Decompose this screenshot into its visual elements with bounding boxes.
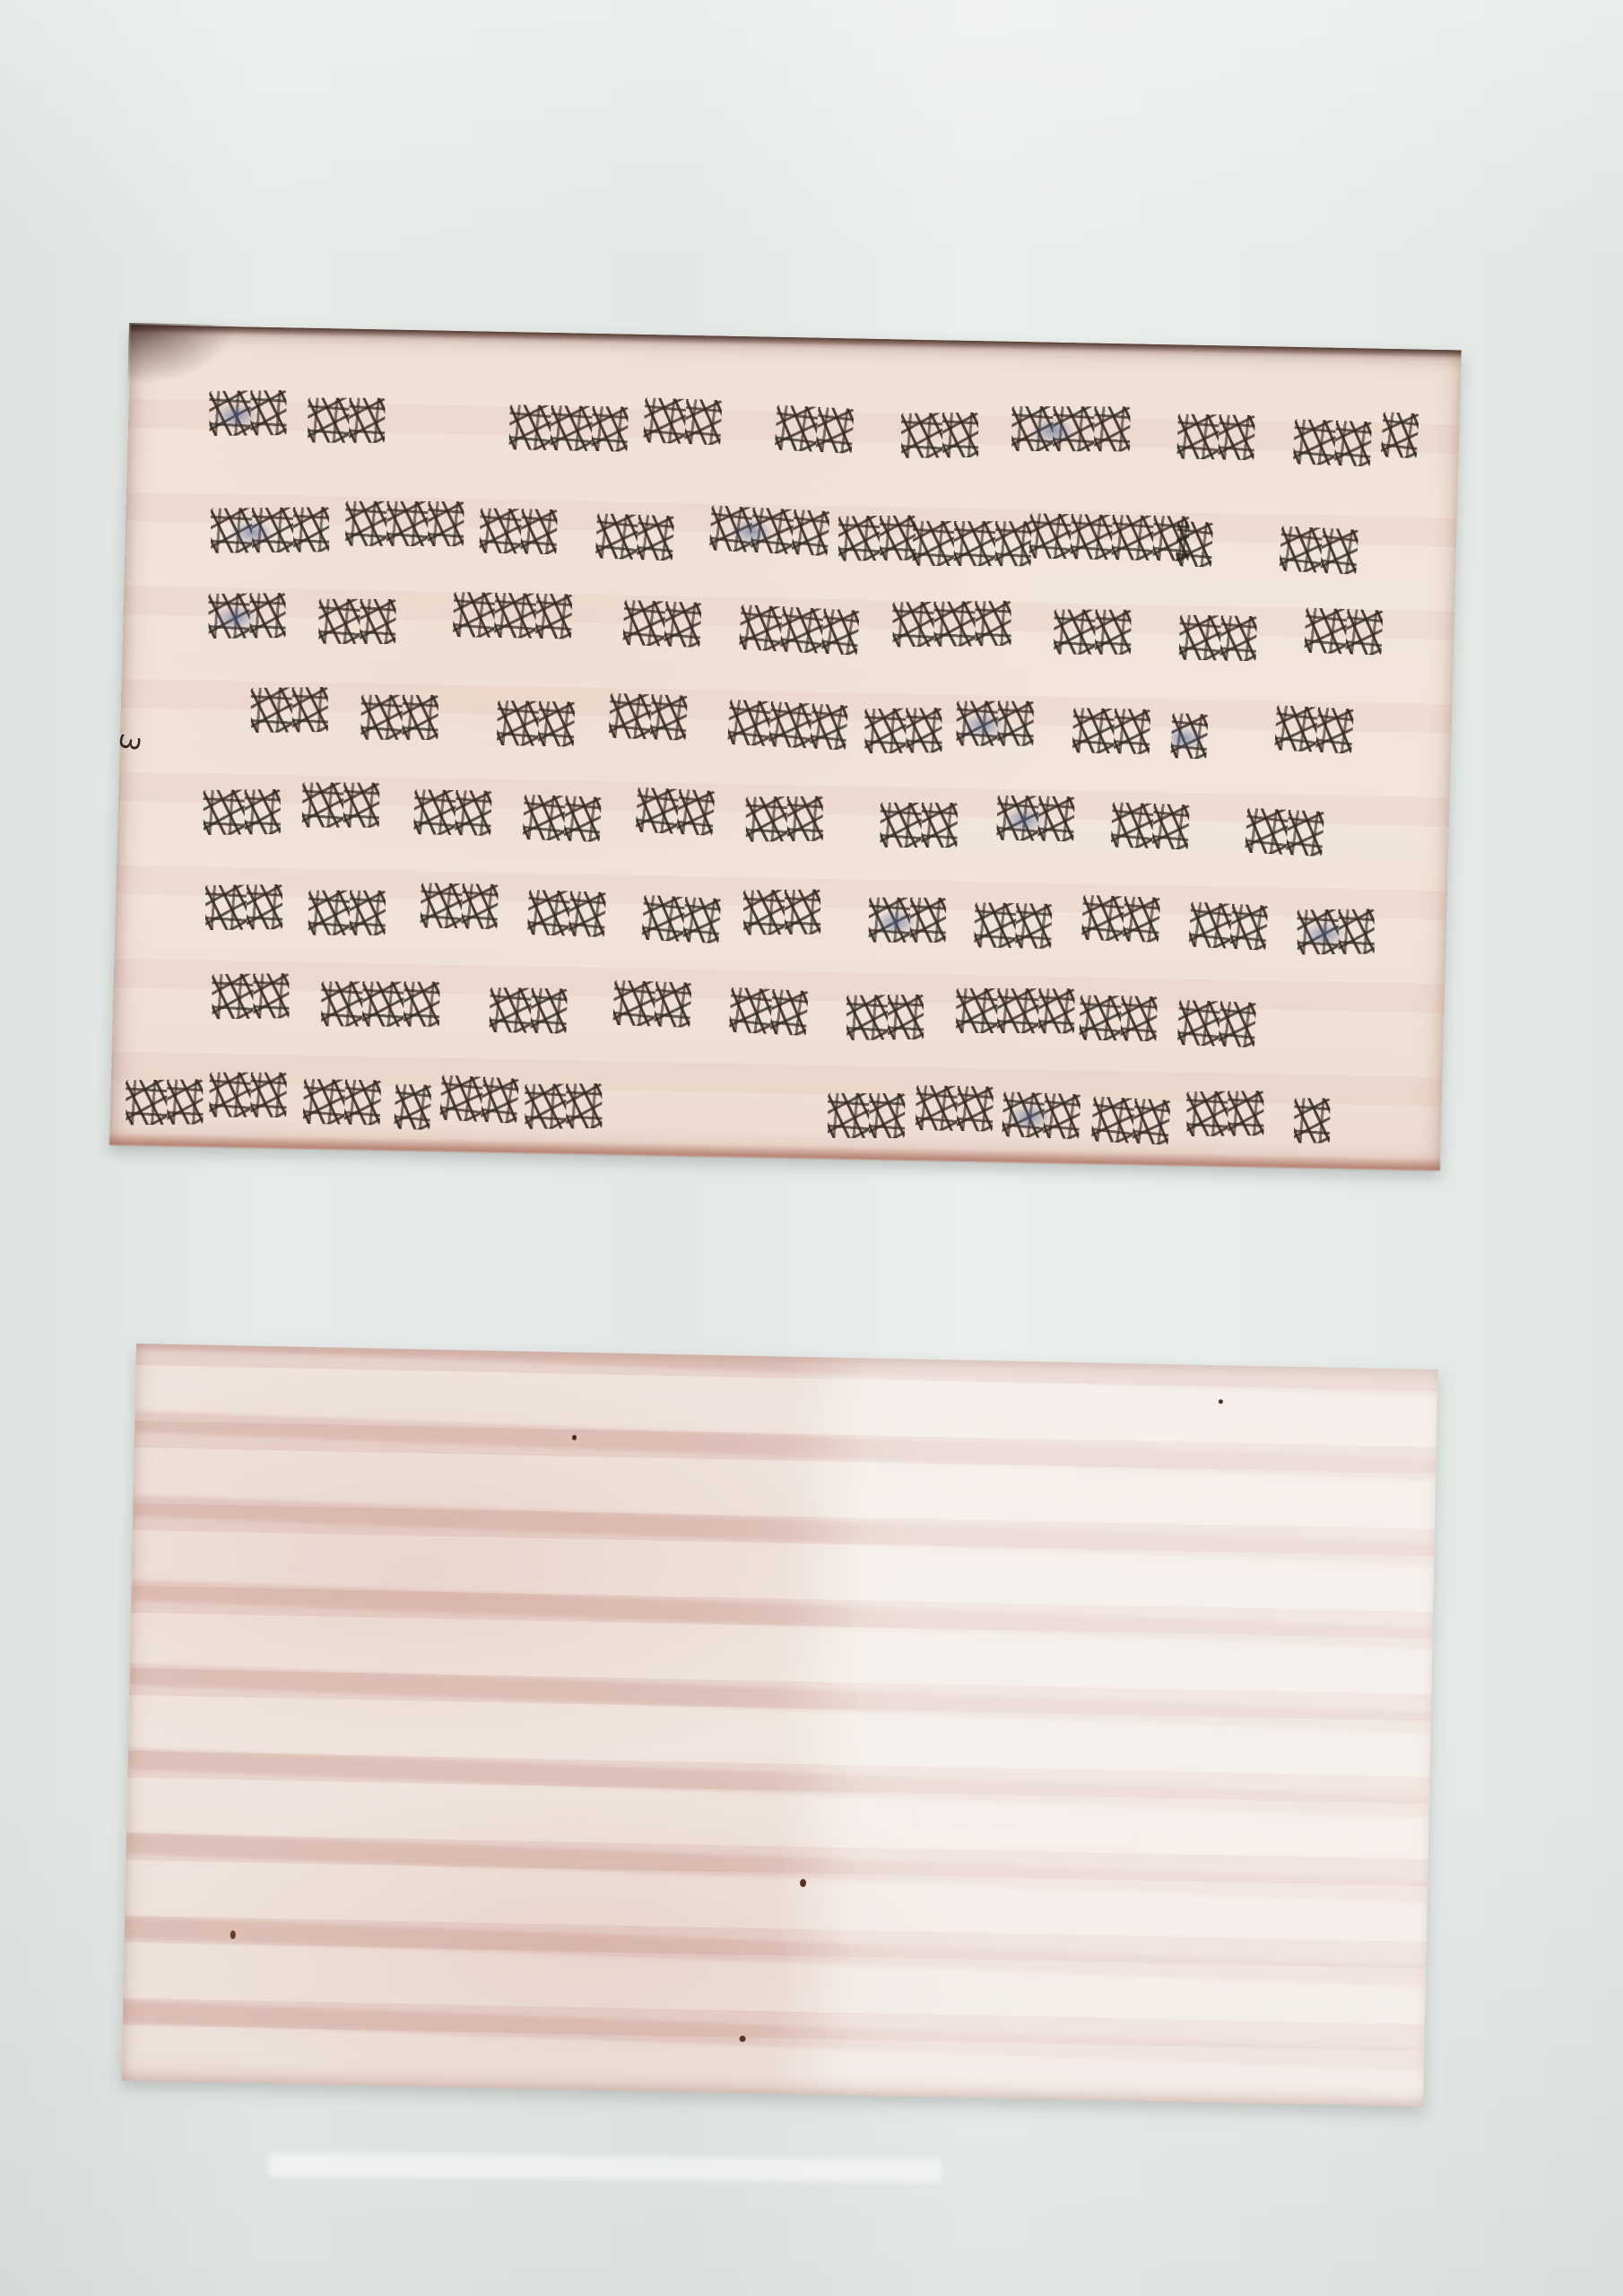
text-group: 卯癸 <box>869 898 947 943</box>
text-group: 卯乙 <box>641 895 721 944</box>
text-group: 未酉丁 <box>508 404 628 452</box>
text-group: 壁巳 <box>302 782 380 827</box>
text-group: 未參 <box>360 695 438 740</box>
text-group: 卯巳 <box>636 787 716 836</box>
text-group: 戌柳 <box>527 890 606 937</box>
ink-speck <box>572 1435 577 1440</box>
text-group: 丙午 <box>864 708 942 753</box>
text-group: 戊 <box>1381 412 1419 458</box>
text-group: 午庚 <box>1274 705 1354 753</box>
text-group: 女 <box>1176 521 1213 567</box>
text-group: 辰巳 <box>205 884 282 930</box>
text-group: 酉癸 <box>1279 526 1358 574</box>
text-group: 辛尾 <box>746 796 823 842</box>
text-group: 壁巳 <box>209 1073 287 1118</box>
text-group: 戌戌 <box>1176 413 1254 460</box>
text-group: 戊室 <box>1002 1091 1081 1139</box>
text-group: 未戌 <box>901 413 978 458</box>
ink-speck <box>1219 1399 1223 1404</box>
text-group: 午牛 <box>1179 615 1257 662</box>
text-group: 甲胃 <box>208 593 285 639</box>
text-group: 胃辰 <box>308 891 386 935</box>
text-group: 庚酉 <box>479 509 557 555</box>
text-group: 巳癸 <box>523 795 602 842</box>
text-group: 井卯 <box>974 902 1052 949</box>
text-group: 危演 <box>212 973 289 1019</box>
text-lines-container: 戌箕癸酉未酉丁壬畢己亥未戌酒申畢戌戌棋己戊戊畢鬼丙戌虛庚酉申亢酉丙井酉己乙酉酉干… <box>109 325 1462 1170</box>
text-group: 演室 <box>846 995 924 1040</box>
ink-speck <box>800 1879 806 1887</box>
text-group: 己亥 <box>1081 895 1160 943</box>
text-group: 壬畢 <box>643 397 722 445</box>
text-group: 井丑癸 <box>956 988 1075 1033</box>
photo-background: 戌箕癸酉未酉丁壬畢己亥未戌酒申畢戌戌棋己戊戊畢鬼丙戌虛庚酉申亢酉丙井酉己乙酉酉干… <box>0 0 1623 2296</box>
text-group: 卯中 <box>916 1085 994 1132</box>
text-group: 癸司 <box>204 789 281 835</box>
text-group: 申亢 <box>595 513 674 561</box>
text-group: 干井酉乙 <box>1029 513 1190 561</box>
text-group: 酉丙井 <box>709 505 830 556</box>
text-group: 干酉乙 <box>727 700 848 751</box>
text-group: 午奎 <box>609 693 688 741</box>
text-group: 甲巳 <box>126 1079 203 1125</box>
text-group: 乙酉酉 <box>913 521 1032 566</box>
text-group: 柳甲酉 <box>892 601 1011 648</box>
text-group: 箕 <box>1170 713 1208 759</box>
text-group: 戊畢鬼 <box>211 507 329 553</box>
text-group: 柳甲申 <box>453 592 572 639</box>
text-group: 寅鬼 <box>1298 909 1375 954</box>
text-group: 心 <box>1294 1098 1331 1143</box>
text-group: 角子 <box>1186 1091 1263 1136</box>
text-group: 中半 <box>439 1074 519 1123</box>
text-group: 丁辰 <box>1188 901 1268 950</box>
manuscript-page-recto: 戌箕癸酉未酉丁壬畢己亥未戌酒申畢戌戌棋己戊戊畢鬼丙戌虛庚酉申亢酉丙井酉己乙酉酉干… <box>109 325 1462 1170</box>
ink-speck <box>740 2036 746 2042</box>
text-group: 巳巳 <box>1245 808 1324 857</box>
text-group: 寅心 <box>421 883 499 929</box>
text-group: 曆酉 <box>729 987 809 1036</box>
text-group: 己亥 <box>775 405 855 454</box>
text-group: 壁中 <box>489 987 567 1034</box>
text-group: 甲畢 <box>956 700 1034 745</box>
text-group: 辰角 <box>1111 802 1190 849</box>
text-group: 午丙 <box>1091 1096 1171 1144</box>
text-group: 午牛 <box>1072 708 1150 754</box>
text-group: 九乙 <box>303 1079 381 1126</box>
text-group: 干酒 <box>828 1093 906 1138</box>
text-group: 井辛 <box>525 1083 602 1129</box>
text-group: 酒申畢 <box>1011 406 1131 451</box>
text-group: 酉己 <box>838 515 916 561</box>
text-group: 星辰 <box>880 803 958 848</box>
text-group: 丙戌虛 <box>345 501 464 546</box>
text-group: 巨寅 <box>612 980 691 1028</box>
text-group: 女丑 <box>1079 995 1157 1041</box>
text-group: 乙觜 <box>251 687 328 733</box>
table-edge-highlight <box>269 2153 942 2183</box>
text-group: 甲申 <box>1054 610 1132 655</box>
text-group: 己酉 <box>622 600 701 648</box>
text-group: 癸酉 <box>308 397 386 442</box>
text-group: 氐 <box>394 1084 431 1130</box>
text-group: 曆酉虛 <box>321 981 440 1026</box>
manuscript-page-verso <box>122 1344 1438 2107</box>
text-group: 尾危 <box>743 890 820 935</box>
text-group: 棋己 <box>1293 419 1372 466</box>
text-group: 井翌 <box>497 700 575 747</box>
text-group: 申昴 <box>318 599 396 644</box>
text-group: 戌箕 <box>209 390 286 436</box>
ink-speck <box>230 1930 236 1939</box>
text-group: 辛張 <box>1177 1000 1256 1048</box>
text-group: 畢井 <box>1304 608 1383 656</box>
text-group: 丙寅 <box>996 796 1074 842</box>
text-group: 甲申斗 <box>739 604 860 656</box>
text-group: 乙先 <box>413 789 491 836</box>
